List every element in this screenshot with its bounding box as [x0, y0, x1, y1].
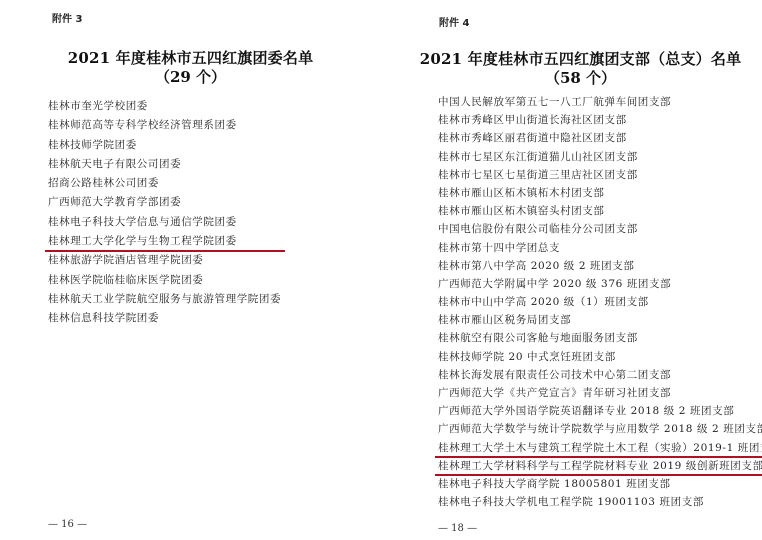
list-item: 桂林医学院临桂临床医学院团委 [48, 271, 281, 290]
list-item: 桂林市秀峰区甲山街道长海社区团支部 [438, 111, 762, 129]
list-item: 桂林技师学院团委 [48, 136, 281, 155]
list-item: 桂林市七星区七星街道三里店社区团支部 [438, 166, 762, 184]
list-item: 桂林航空有限公司客舱与地面服务团支部 [438, 329, 762, 347]
list-item: 桂林市奎光学校团委 [48, 97, 281, 116]
page-title: 2021 年度桂林市五四红旗团支部（总支）名单 [381, 48, 762, 69]
list-item: 桂林信息科技学院团委 [48, 309, 281, 328]
list-item: 广西师范大学教育学部团委 [48, 193, 281, 212]
page-title: 2021 年度桂林市五四红旗团委名单 [0, 47, 381, 68]
list-item: 桂林市中山中学高 2020 级（1）班团支部 [438, 293, 762, 311]
attachment-label: 附件 4 [439, 14, 469, 29]
list-item-highlighted: 桂林理工大学材料科学与工程学院材料专业 2019 级创新班团支部 [438, 457, 762, 475]
organization-list: 桂林市奎光学校团委桂林师范高等专科学校经济管理系团委桂林技师学院团委桂林航天电子… [48, 97, 281, 329]
list-item: 桂林电子科技大学信息与通信学院团委 [48, 213, 281, 232]
item-count: （29 个） [0, 66, 381, 87]
document-page-left: 附件 3 2021 年度桂林市五四红旗团委名单 （29 个） 桂林市奎光学校团委… [0, 0, 381, 540]
list-item: 桂林师范高等专科学校经济管理系团委 [48, 116, 281, 135]
document-page-right: 附件 4 2021 年度桂林市五四红旗团支部（总支）名单 （58 个） 中国人民… [381, 0, 762, 540]
list-item: 广西师范大学外国语学院英语翻译专业 2018 级 2 班团支部 [438, 402, 762, 420]
list-item: 桂林市秀峰区丽君街道中隐社区团支部 [438, 129, 762, 147]
list-item: 桂林市雁山区税务局团支部 [438, 311, 762, 329]
item-count: （58 个） [381, 67, 762, 88]
list-item-highlighted: 桂林理工大学化学与生物工程学院团委 [48, 232, 281, 251]
list-item: 中国电信股份有限公司临桂分公司团支部 [438, 220, 762, 238]
list-item: 广西师范大学附属中学 2020 级 376 班团支部 [438, 275, 762, 293]
list-item: 桂林电子科技大学商学院 18005801 班团支部 [438, 475, 762, 493]
list-item: 桂林航天工业学院航空服务与旅游管理学院团委 [48, 290, 281, 309]
list-item: 桂林旅游学院酒店管理学院团委 [48, 251, 281, 270]
list-item-highlighted: 桂林理工大学土木与建筑工程学院土木工程（实验）2019-1 班团支部 [438, 439, 762, 457]
list-item: 桂林长海发展有限责任公司技术中心第二团支部 [438, 366, 762, 384]
list-item: 招商公路桂林公司团委 [48, 174, 281, 193]
attachment-label: 附件 3 [52, 10, 82, 25]
list-item: 桂林市雁山区柘木镇柘木村团支部 [438, 184, 762, 202]
list-item: 中国人民解放军第五七一八工厂航弹车间团支部 [438, 93, 762, 111]
list-item: 桂林市雁山区柘木镇窑头村团支部 [438, 202, 762, 220]
list-item: 桂林航天电子有限公司团委 [48, 155, 281, 174]
list-item: 广西师范大学数学与统计学院数学与应用数学 2018 级 2 班团支部 [438, 420, 762, 438]
list-item: 桂林电子科技大学机电工程学院 19001103 班团支部 [438, 493, 762, 511]
list-item: 桂林市第十四中学团总支 [438, 239, 762, 257]
list-item: 桂林技师学院 20 中式烹饪班团支部 [438, 348, 762, 366]
list-item: 桂林市七星区东江街道猫儿山社区团支部 [438, 148, 762, 166]
list-item: 广西师范大学《共产党宣言》青年研习社团支部 [438, 384, 762, 402]
list-item: 桂林市第八中学高 2020 级 2 班团支部 [438, 257, 762, 275]
page-number: — 18 — [438, 523, 477, 534]
page-number: — 16 — [48, 519, 87, 530]
branch-list: 中国人民解放军第五七一八工厂航弹车间团支部桂林市秀峰区甲山街道长海社区团支部桂林… [438, 93, 762, 511]
